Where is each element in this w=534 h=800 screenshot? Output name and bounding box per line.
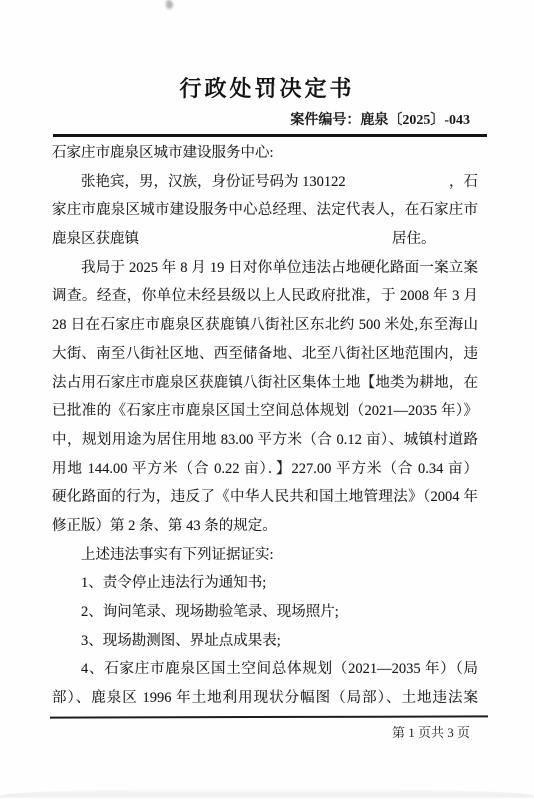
document-page: 行政处罚决定书 案件编号：鹿泉〔2025〕-043 石家庄市鹿泉区城市建设服务中… [0, 0, 534, 800]
doc-line: 上述违法事实有下列证据证实: [52, 541, 478, 570]
document-title: 行政处罚决定书 [0, 72, 534, 103]
doc-line: 中，规划用途为居住用地 83.00 平方米（合 0.12 亩）、城镇村道路 [52, 426, 478, 455]
doc-line-text: 鹿泉区获鹿镇 [52, 225, 139, 254]
case-number-value: 鹿泉〔2025〕-043 [360, 113, 470, 128]
doc-line: 硬化路面的行为，违反了《中华人民共和国土地管理法》（2004 年 [52, 483, 478, 512]
doc-line: 已批准的《石家庄市鹿泉区国土空间总体规划（2021—2035 年）》 [52, 397, 478, 426]
case-number-label: 案件编号： [290, 113, 360, 128]
doc-line: 鹿泉区获鹿镇居住。 [52, 225, 478, 254]
doc-line-text: 居住。 [392, 225, 436, 254]
redacted-blank [346, 168, 449, 197]
scan-speck [166, 0, 173, 9]
doc-line: 1、责令停止违法行为通知书; [52, 569, 478, 598]
page-number: 第 1 页共 3 页 [392, 722, 470, 741]
doc-line: 家庄市鹿泉区城市建设服务中心总经理、法定代表人，在石家庄市 [52, 196, 478, 225]
doc-line: 大街、南至八街社区地、西至储备地、北至八街社区地范围内，违 [52, 340, 478, 369]
doc-line: 我局于 2025 年 8 月 19 日对你单位违法占地硬化路面一案立案 [52, 254, 478, 283]
doc-line: 部）、鹿泉区 1996 年土地利用现状分幅图（局部）、土地违法案 [52, 684, 478, 713]
doc-line: 张艳宾，男，汉族，身份证号码为 130122，石 [52, 168, 478, 197]
redacted-blank [139, 225, 392, 254]
case-number: 案件编号：鹿泉〔2025〕-043 [290, 109, 470, 129]
doc-line: 3、现场勘测图、界址点成果表; [52, 627, 478, 656]
doc-line-text: ，石 [449, 168, 478, 197]
doc-line: 法占用石家庄市鹿泉区获鹿镇八街社区集体土地【地类为耕地，在 [52, 369, 478, 398]
doc-line: 石家庄市鹿泉区城市建设服务中心: [52, 139, 478, 168]
page-bottom-scan-shadow [0, 788, 534, 798]
doc-line: 调查。经查，你单位未经县级以上人民政府批准，于 2008 年 3 月 [52, 282, 478, 311]
doc-line-text: 张艳宾，男，汉族，身份证号码为 130122 [81, 168, 346, 197]
doc-line: 用地 144.00 平方米（合 0.22 亩）．】227.00 平方米（合 0.… [52, 455, 478, 484]
header-rule [53, 134, 487, 137]
doc-line: 2、询问笔录、现场勘验笔录、现场照片; [52, 598, 478, 627]
document-body: 石家庄市鹿泉区城市建设服务中心:张艳宾，男，汉族，身份证号码为 130122，石… [52, 139, 478, 713]
doc-line: 修正版）第 2 条、第 43 条的规定。 [52, 512, 478, 541]
doc-line: 4、石家庄市鹿泉区国土空间总体规划（2021—2035 年）（局 [52, 655, 478, 684]
doc-line: 28 日在石家庄市鹿泉区获鹿镇八街社区东北约 500 米处,东至海山 [52, 311, 478, 340]
footer-rule [50, 715, 488, 719]
